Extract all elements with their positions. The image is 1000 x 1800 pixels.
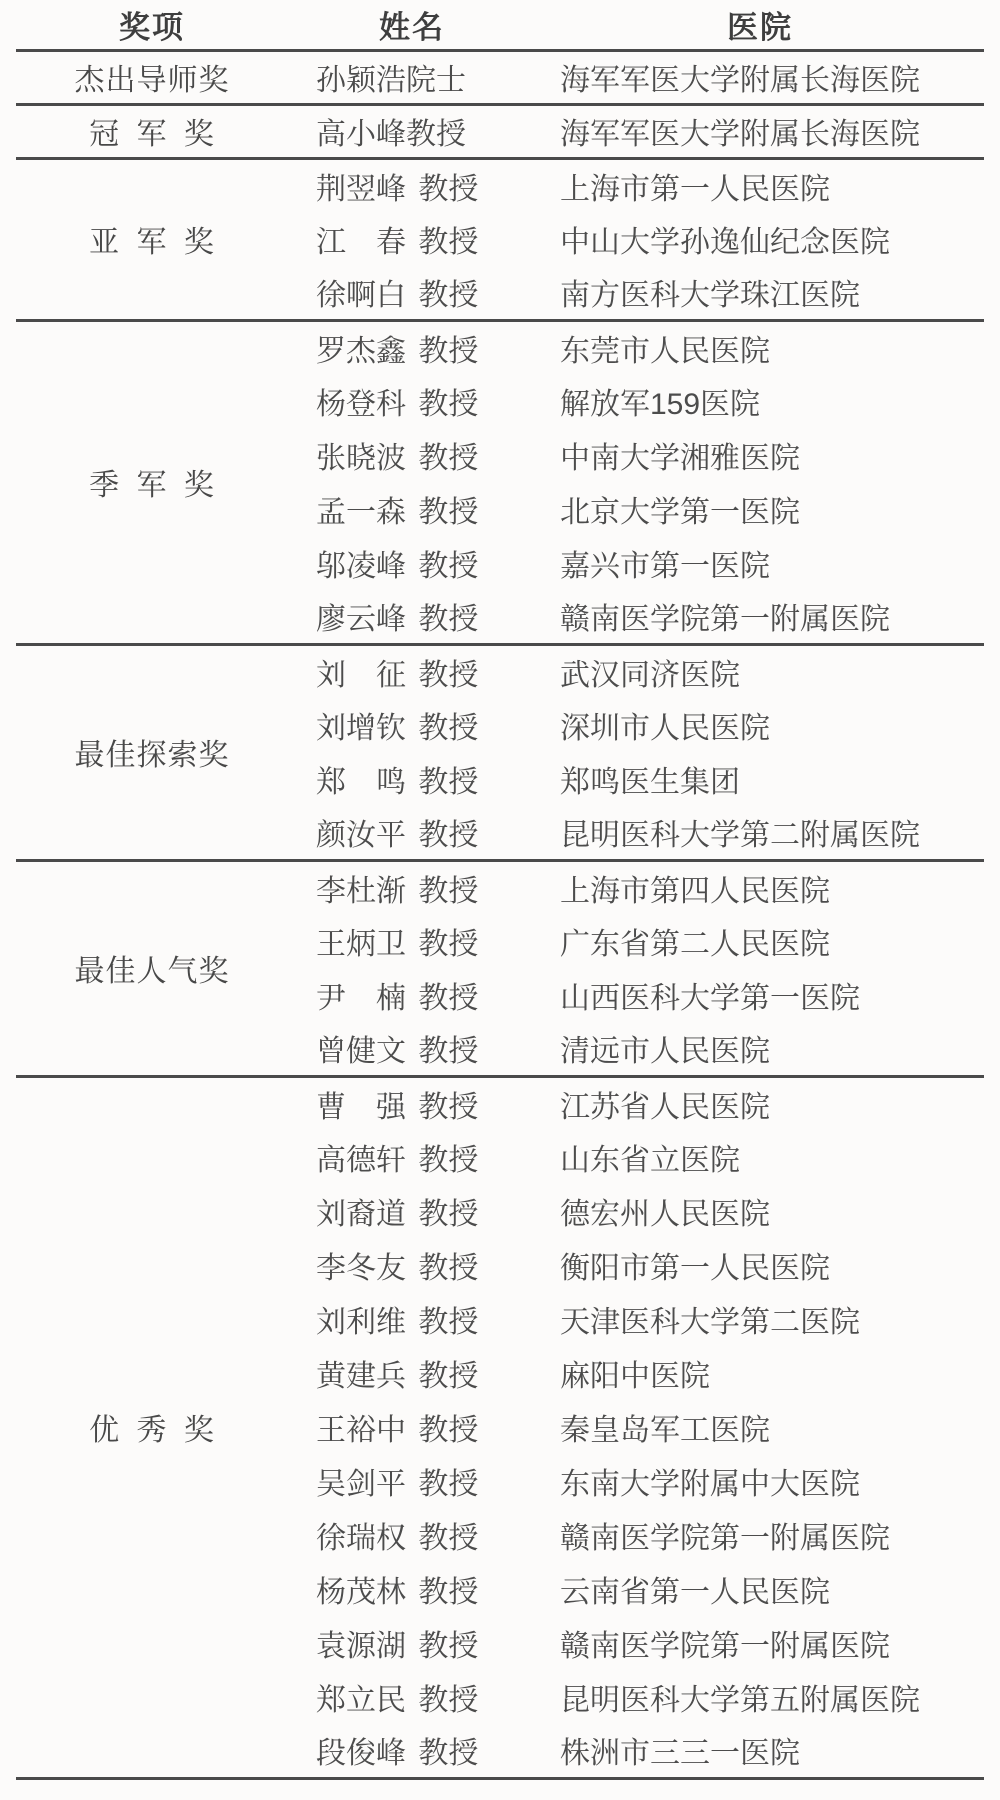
awardee-name: 高小峰教授 bbox=[288, 104, 536, 158]
awardee-hospital: 北京大学第一医院 bbox=[536, 482, 984, 536]
awardee-name: 邬凌峰 教授 bbox=[288, 536, 536, 590]
table-row: 亚 军 奖 荆翌峰 教授 上海市第一人民医院 bbox=[16, 158, 984, 212]
header-hospital: 医院 bbox=[536, 0, 984, 50]
table-row: 最佳探索奖 刘 征 教授 武汉同济医院 bbox=[16, 644, 984, 698]
awardee-name: 王炳卫 教授 bbox=[288, 914, 536, 968]
awardee-name: 刘增钦 教授 bbox=[288, 698, 536, 752]
awardee-name: 罗杰鑫 教授 bbox=[288, 320, 536, 374]
awardee-hospital: 武汉同济医院 bbox=[536, 644, 984, 698]
awards-table: 奖项 姓名 医院 杰出导师奖 孙颖浩院士 海军军医大学附属长海医院 冠 军 奖 … bbox=[16, 0, 984, 1780]
awardee-hospital: 东南大学附属中大医院 bbox=[536, 1454, 984, 1508]
awardee-hospital: 株洲市三三一医院 bbox=[536, 1724, 984, 1778]
header-row: 奖项 姓名 医院 bbox=[16, 0, 984, 50]
award-label: 最佳探索奖 bbox=[16, 644, 288, 860]
awardee-hospital: 海军军医大学附属长海医院 bbox=[536, 104, 984, 158]
awardee-hospital: 衡阳市第一人民医院 bbox=[536, 1238, 984, 1292]
awardee-hospital: 上海市第四人民医院 bbox=[536, 860, 984, 914]
table-row: 最佳人气奖 李杜渐 教授 上海市第四人民医院 bbox=[16, 860, 984, 914]
awardee-hospital: 山东省立医院 bbox=[536, 1130, 984, 1184]
awardee-hospital: 天津医科大学第二医院 bbox=[536, 1292, 984, 1346]
section-runner-up: 亚 军 奖 荆翌峰 教授 上海市第一人民医院 江 春 教授 中山大学孙逸仙纪念医… bbox=[16, 158, 984, 320]
awardee-name: 曾健文 教授 bbox=[288, 1022, 536, 1076]
awardee-name: 高德轩 教授 bbox=[288, 1130, 536, 1184]
awardee-hospital: 秦皇岛军工医院 bbox=[536, 1400, 984, 1454]
awardee-hospital: 中山大学孙逸仙纪念医院 bbox=[536, 212, 984, 266]
awardee-name: 廖云峰 教授 bbox=[288, 590, 536, 644]
section-third-place: 季 军 奖 罗杰鑫 教授 东莞市人民医院 杨登科 教授 解放军159医院 张晓波… bbox=[16, 320, 984, 644]
awardee-name: 颜汝平 教授 bbox=[288, 806, 536, 860]
section-excellence: 优 秀 奖 曹 强 教授 江苏省人民医院 高德轩 教授 山东省立医院 刘裔道 教… bbox=[16, 1076, 984, 1778]
awardee-name: 李杜渐 教授 bbox=[288, 860, 536, 914]
awardee-hospital: 中南大学湘雅医院 bbox=[536, 428, 984, 482]
awardee-name: 曹 强 教授 bbox=[288, 1076, 536, 1130]
awardee-hospital: 赣南医学院第一附属医院 bbox=[536, 590, 984, 644]
awardee-hospital: 赣南医学院第一附属医院 bbox=[536, 1616, 984, 1670]
awardee-name: 徐啊白 教授 bbox=[288, 266, 536, 320]
award-label: 冠 军 奖 bbox=[16, 104, 288, 158]
award-label: 优 秀 奖 bbox=[16, 1076, 288, 1778]
awardee-hospital: 广东省第二人民医院 bbox=[536, 914, 984, 968]
awardee-name: 李冬友 教授 bbox=[288, 1238, 536, 1292]
award-label: 亚 军 奖 bbox=[16, 158, 288, 320]
awardee-name: 孟一森 教授 bbox=[288, 482, 536, 536]
section-best-popularity: 最佳人气奖 李杜渐 教授 上海市第四人民医院 王炳卫 教授 广东省第二人民医院 … bbox=[16, 860, 984, 1076]
header-name: 姓名 bbox=[288, 0, 536, 50]
awardee-hospital: 深圳市人民医院 bbox=[536, 698, 984, 752]
awardee-name: 孙颖浩院士 bbox=[288, 50, 536, 104]
award-label: 季 军 奖 bbox=[16, 320, 288, 644]
awardee-hospital: 海军军医大学附属长海医院 bbox=[536, 50, 984, 104]
awardee-name: 袁源湖 教授 bbox=[288, 1616, 536, 1670]
award-label: 最佳人气奖 bbox=[16, 860, 288, 1076]
awardee-name: 吴剑平 教授 bbox=[288, 1454, 536, 1508]
section-champion: 冠 军 奖 高小峰教授 海军军医大学附属长海医院 bbox=[16, 104, 984, 158]
awardee-hospital: 赣南医学院第一附属医院 bbox=[536, 1508, 984, 1562]
awardee-name: 徐瑞权 教授 bbox=[288, 1508, 536, 1562]
section-outstanding-mentor: 杰出导师奖 孙颖浩院士 海军军医大学附属长海医院 bbox=[16, 50, 984, 104]
awardee-name: 刘利维 教授 bbox=[288, 1292, 536, 1346]
table-header: 奖项 姓名 医院 bbox=[16, 0, 984, 50]
awardee-hospital: 麻阳中医院 bbox=[536, 1346, 984, 1400]
table-row: 季 军 奖 罗杰鑫 教授 东莞市人民医院 bbox=[16, 320, 984, 374]
awardee-hospital: 南方医科大学珠江医院 bbox=[536, 266, 984, 320]
awardee-name: 郑立民 教授 bbox=[288, 1670, 536, 1724]
awardee-name: 张晓波 教授 bbox=[288, 428, 536, 482]
awardee-hospital: 昆明医科大学第二附属医院 bbox=[536, 806, 984, 860]
awardee-name: 江 春 教授 bbox=[288, 212, 536, 266]
awardee-hospital: 郑鸣医生集团 bbox=[536, 752, 984, 806]
awardee-name: 段俊峰 教授 bbox=[288, 1724, 536, 1778]
awardee-hospital: 德宏州人民医院 bbox=[536, 1184, 984, 1238]
award-label: 杰出导师奖 bbox=[16, 50, 288, 104]
awardee-hospital: 上海市第一人民医院 bbox=[536, 158, 984, 212]
awardee-name: 杨茂林 教授 bbox=[288, 1562, 536, 1616]
section-best-exploration: 最佳探索奖 刘 征 教授 武汉同济医院 刘增钦 教授 深圳市人民医院 郑 鸣 教… bbox=[16, 644, 984, 860]
awardee-name: 杨登科 教授 bbox=[288, 374, 536, 428]
table-row: 冠 军 奖 高小峰教授 海军军医大学附属长海医院 bbox=[16, 104, 984, 158]
table-row: 优 秀 奖 曹 强 教授 江苏省人民医院 bbox=[16, 1076, 984, 1130]
awardee-hospital: 清远市人民医院 bbox=[536, 1022, 984, 1076]
awardee-hospital: 山西医科大学第一医院 bbox=[536, 968, 984, 1022]
awardee-hospital: 昆明医科大学第五附属医院 bbox=[536, 1670, 984, 1724]
awardee-hospital: 解放军159医院 bbox=[536, 374, 984, 428]
awardee-name: 刘裔道 教授 bbox=[288, 1184, 536, 1238]
awardee-name: 黄建兵 教授 bbox=[288, 1346, 536, 1400]
awardee-name: 刘 征 教授 bbox=[288, 644, 536, 698]
awardee-name: 荆翌峰 教授 bbox=[288, 158, 536, 212]
table-row: 杰出导师奖 孙颖浩院士 海军军医大学附属长海医院 bbox=[16, 50, 984, 104]
awardee-name: 尹 楠 教授 bbox=[288, 968, 536, 1022]
awardee-name: 王裕中 教授 bbox=[288, 1400, 536, 1454]
awardee-hospital: 云南省第一人民医院 bbox=[536, 1562, 984, 1616]
awardee-hospital: 嘉兴市第一医院 bbox=[536, 536, 984, 590]
awardee-hospital: 江苏省人民医院 bbox=[536, 1076, 984, 1130]
header-award: 奖项 bbox=[16, 0, 288, 50]
awardee-hospital: 东莞市人民医院 bbox=[536, 320, 984, 374]
awardee-name: 郑 鸣 教授 bbox=[288, 752, 536, 806]
